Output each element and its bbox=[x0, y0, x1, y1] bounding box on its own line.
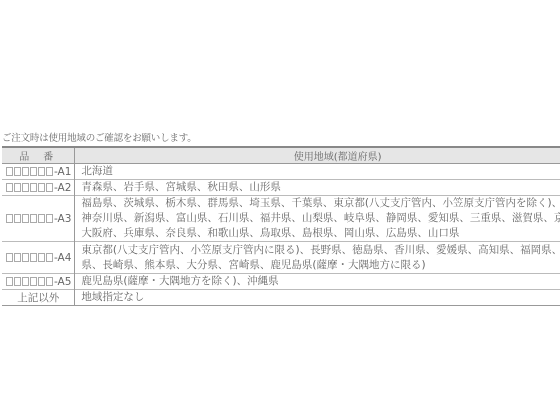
order-note-caption: ご注文時は使用地域のご確認をお願いします。 bbox=[2, 130, 197, 144]
table-row-a4: -A4 東京都(八丈支庁管内、小笠原支庁管内に限る)、長野県、徳島県、香川県、愛… bbox=[2, 242, 560, 274]
table-header-row: 品番 使用地域(都道府県) bbox=[2, 147, 560, 164]
placeholder-boxes bbox=[6, 252, 54, 264]
part-number-a3: -A3 bbox=[2, 196, 75, 242]
table-row-other: 上記以外 地域指定なし bbox=[2, 290, 560, 306]
region-other: 地域指定なし bbox=[75, 290, 560, 306]
region-a2: 青森県、岩手県、宮城県、秋田県、山形県 bbox=[75, 180, 560, 196]
table-row-a5: -A5 鹿児島県(薩摩・大隅地方を除く)、沖縄県 bbox=[2, 274, 560, 290]
region-line: 福島県、茨城県、栃木県、群馬県、埼玉県、千葉県、東京都(八丈支庁管内、小笠原支庁… bbox=[81, 196, 560, 211]
region-line: 青森県、岩手県、宮城県、秋田県、山形県 bbox=[81, 180, 560, 195]
usage-region-table: 品番 使用地域(都道府県) -A1 北海道 -A2 青森県、岩手県、宮城県、秋田… bbox=[2, 146, 560, 306]
part-suffix: -A4 bbox=[54, 252, 71, 264]
region-line: 大阪府、兵庫県、奈良県、和歌山県、鳥取県、島根県、岡山県、広島県、山口県 bbox=[81, 226, 560, 241]
table-row-a3: -A3 福島県、茨城県、栃木県、群馬県、埼玉県、千葉県、東京都(八丈支庁管内、小… bbox=[2, 196, 560, 242]
part-suffix: -A1 bbox=[54, 166, 71, 178]
region-line: 鹿児島県(薩摩・大隅地方を除く)、沖縄県 bbox=[81, 274, 560, 289]
region-a5: 鹿児島県(薩摩・大隅地方を除く)、沖縄県 bbox=[75, 274, 560, 290]
table-row-a1: -A1 北海道 bbox=[2, 164, 560, 180]
placeholder-boxes bbox=[6, 276, 54, 288]
region-a3: 福島県、茨城県、栃木県、群馬県、埼玉県、千葉県、東京都(八丈支庁管内、小笠原支庁… bbox=[75, 196, 560, 242]
part-number-a1: -A1 bbox=[2, 164, 75, 180]
part-suffix: -A2 bbox=[54, 182, 71, 194]
region-line: 県、長崎県、熊本県、大分県、宮崎県、鹿児島県(薩摩・大隅地方に限る) bbox=[81, 258, 560, 273]
region-a1: 北海道 bbox=[75, 164, 560, 180]
placeholder-boxes bbox=[6, 213, 54, 225]
table-row-a2: -A2 青森県、岩手県、宮城県、秋田県、山形県 bbox=[2, 180, 560, 196]
part-suffix: -A3 bbox=[54, 213, 71, 225]
region-line: 北海道 bbox=[81, 164, 560, 179]
part-suffix: -A5 bbox=[54, 276, 71, 288]
placeholder-boxes bbox=[6, 166, 54, 178]
header-part-number: 品番 bbox=[2, 147, 75, 164]
region-a4: 東京都(八丈支庁管内、小笠原支庁管内に限る)、長野県、徳島県、香川県、愛媛県、高… bbox=[75, 242, 560, 274]
region-line: 地域指定なし bbox=[81, 290, 560, 305]
header-usage-region: 使用地域(都道府県) bbox=[75, 147, 560, 164]
part-number-a2: -A2 bbox=[2, 180, 75, 196]
region-line: 神奈川県、新潟県、富山県、石川県、福井県、山梨県、岐阜県、静岡県、愛知県、三重県… bbox=[81, 211, 560, 226]
region-line: 東京都(八丈支庁管内、小笠原支庁管内に限る)、長野県、徳島県、香川県、愛媛県、高… bbox=[81, 243, 560, 258]
placeholder-boxes bbox=[6, 182, 54, 194]
part-number-a4: -A4 bbox=[2, 242, 75, 274]
part-number-other: 上記以外 bbox=[2, 290, 75, 306]
part-number-a5: -A5 bbox=[2, 274, 75, 290]
